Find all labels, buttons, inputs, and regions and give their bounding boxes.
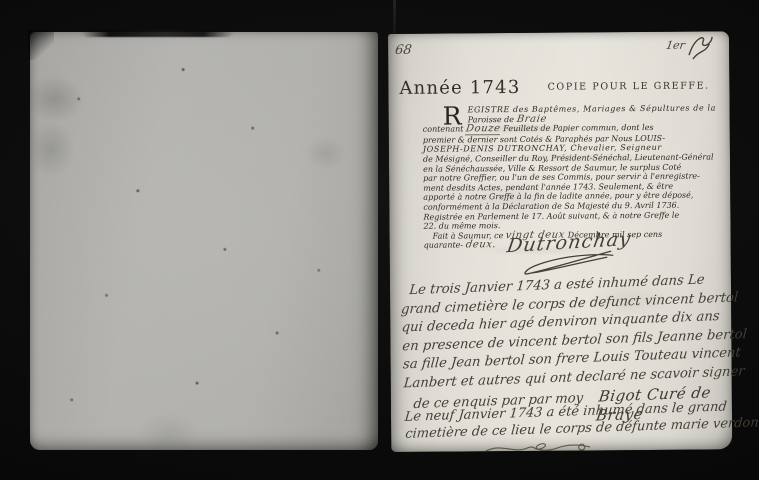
notice-line: EGISTRE des Baptêmes, Mariages & Sépultu… [468,103,711,115]
burial-entry-2: Le neuf Janvier 1743 a été inhumé dans l… [404,399,727,459]
printed-register-notice: R EGISTRE des Baptêmes, Mariages & Sépul… [423,103,712,250]
notice-line: Paroisse de Braie [468,113,711,125]
gutter-shadow [393,0,396,34]
folio-paraph-flourish [685,32,715,60]
page-corner-shadow [28,30,54,60]
right-register-page: 68 1er Année 1743 COPIE POUR LE GREFFE. … [388,31,732,452]
greffier-signature: Dutronchay [508,231,631,276]
copy-heading: COPIE POUR LE GREFFE. [548,80,710,92]
drop-cap: R [443,106,462,125]
folio-mark-text: 1er [665,39,686,52]
left-blank-page [30,32,378,450]
year-heading: Année 1743 [399,77,520,99]
folio-number: 68 [394,43,413,58]
handwritten-folio-count: Douze [465,124,501,135]
page-edge-tear [82,30,234,37]
handwritten-parish-name: Braie [516,114,548,124]
folio-mark: 1er [666,32,715,60]
page-header: Année 1743 COPIE POUR LE GREFFE. [399,75,709,98]
scanned-register-photo: 68 1er Année 1743 COPIE POUR LE GREFFE. … [0,0,759,480]
handwritten-year-word: deux. [465,240,497,250]
entry-end-flourish [483,438,593,458]
greffier-signature-text: Dutronchay [505,228,632,257]
